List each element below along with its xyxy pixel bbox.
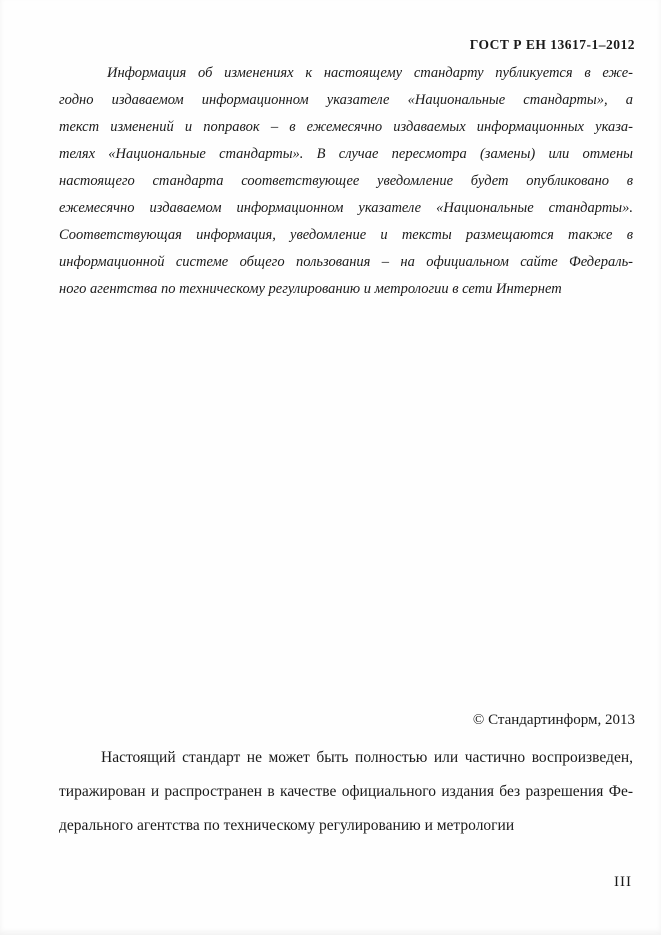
text-line: телях «Национальные стандарты». В случае… [59,141,633,168]
text-line: тиражирован и распространен в качестве о… [59,775,633,809]
text-line: текст изменений и поправок – в ежемесячн… [59,114,633,141]
text-line: Информация об изменениях к настоящему ст… [59,60,633,87]
reproduction-restriction-paragraph: Настоящий стандарт не может быть полност… [59,741,633,843]
copyright-notice: © Стандартинформ, 2013 [473,712,635,729]
text-line: ного агентства по техническому регулиров… [59,276,633,303]
amendment-information-paragraph: Информация об изменениях к настоящему ст… [59,60,633,303]
text-line: Соответствующая информация, уведомление … [59,222,633,249]
text-line: информационной системе общего пользовани… [59,249,633,276]
standard-document-page: ГОСТ Р ЕН 13617-1–2012 Информация об изм… [0,0,661,935]
standard-designation: ГОСТ Р ЕН 13617-1–2012 [470,37,635,53]
text-line: Настоящий стандарт не может быть полност… [59,741,633,775]
document-viewport: { "header": { "designation": "ГОСТ Р ЕН … [0,0,661,935]
text-line: ежемесячно издаваемом информационном ука… [59,195,633,222]
text-line: дерального агентства по техническому рег… [59,809,633,843]
page-number: III [614,874,632,891]
text-line: настоящего стандарта соответствующее уве… [59,168,633,195]
text-line: годно издаваемом информационном указател… [59,87,633,114]
